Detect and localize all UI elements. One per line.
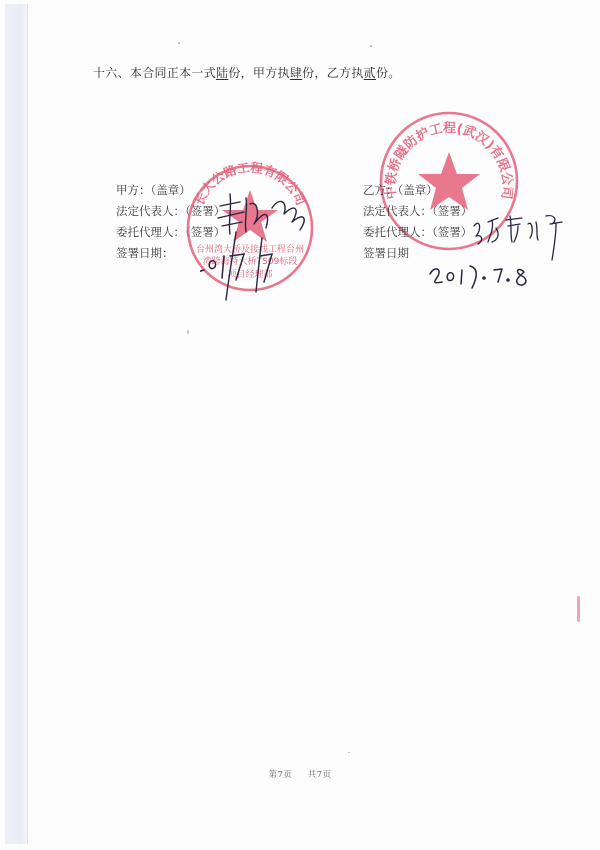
scan-margin-line bbox=[27, 4, 28, 844]
party-a-block: 甲方：（盖章） 法定代表人：（签署） 委托代理人：（签署） 签署日期： bbox=[116, 180, 225, 264]
partial-seal-edge-mark bbox=[577, 596, 580, 622]
scan-speck bbox=[348, 752, 350, 753]
total-copies: 陆 bbox=[216, 66, 228, 80]
party-b-seal-label: 乙方：（盖章） bbox=[363, 180, 472, 201]
page-total: 共7页 bbox=[308, 770, 332, 780]
scan-margin bbox=[5, 4, 27, 844]
party-b-signature bbox=[470, 212, 580, 272]
scan-speck bbox=[187, 330, 189, 334]
scan-speck bbox=[178, 42, 180, 44]
page-footer: 第7页 共7页 bbox=[0, 768, 600, 780]
party-b-agent-label: 委托代理人：（签署） bbox=[363, 222, 472, 243]
clause-suffix: 份。 bbox=[376, 66, 401, 80]
party-a-seal-label: 甲方：（盖章） bbox=[116, 180, 225, 201]
clause-mid2: 份，乙方执 bbox=[302, 66, 364, 80]
party-b-date-label: 签署日期 bbox=[363, 243, 472, 264]
party-a-legal-rep-label: 法定代表人：（签署） bbox=[116, 201, 225, 222]
party-a-agent-label: 委托代理人：（签署） bbox=[116, 222, 225, 243]
party-a-copies: 肆 bbox=[290, 66, 302, 80]
clause-mid1: 份，甲方执 bbox=[228, 66, 290, 80]
party-b-handwritten-date bbox=[428, 262, 538, 290]
party-b-legal-rep-label: 法定代表人：（签署） bbox=[363, 201, 472, 222]
scan-speck bbox=[370, 45, 372, 47]
party-b-copies: 贰 bbox=[364, 66, 376, 80]
clause-sixteen: 十六、本合同正本一式陆份，甲方执肆份，乙方执贰份。 bbox=[93, 64, 401, 81]
party-a-date-label: 签署日期： bbox=[116, 243, 225, 264]
party-a-seal-line3: 项目经理部 bbox=[227, 268, 272, 280]
party-b-block: 乙方：（盖章） 法定代表人：（签署） 委托代理人：（签署） 签署日期 bbox=[363, 180, 472, 264]
page-current: 第7页 bbox=[268, 770, 292, 780]
clause-prefix: 十六、本合同正本一式 bbox=[93, 66, 216, 80]
